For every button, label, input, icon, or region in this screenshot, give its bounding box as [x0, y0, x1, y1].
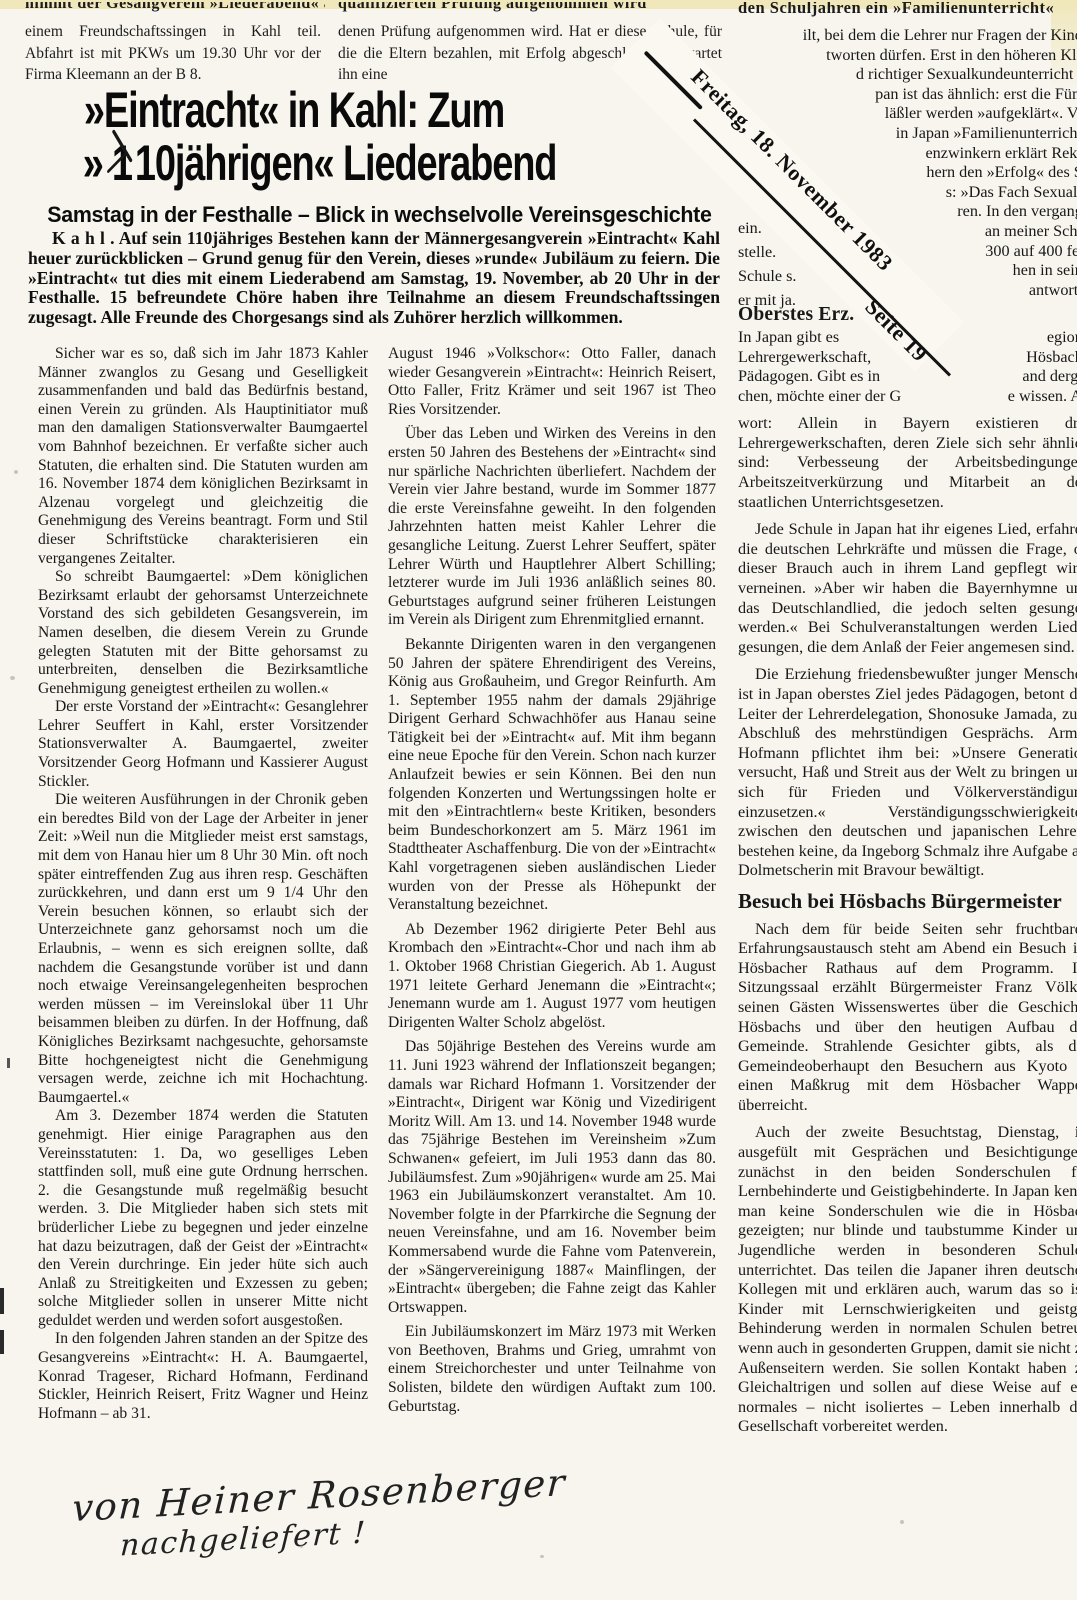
- paragraph: Ein Jubiläumskonzert im März 1973 mit We…: [388, 1323, 716, 1416]
- ink-speck: [300, 1545, 303, 1548]
- line-left-fragment: Pädagogen. Gibt es in: [738, 367, 880, 387]
- headline-line-2: »110jährigen« Liederabend: [83, 137, 506, 190]
- paragraph: In den folgenden Jahren standen an der S…: [38, 1330, 368, 1423]
- line-left-fragment: chen, möchte einer der G: [738, 387, 901, 407]
- paragraph: Die Erziehung friedensbewußter junger Me…: [738, 665, 1077, 881]
- section-subhead-besuch: Besuch bei Hösbachs Bürgermeister: [738, 892, 1077, 912]
- clipped-line-text: nimmt der Gesangverein »Liederabend« an: [25, 2, 325, 13]
- paragraph: August 1946 »Volkschor«: Otto Faller, da…: [388, 345, 716, 419]
- paragraph: Jede Schule in Japan hat ihr eigenes Lie…: [738, 520, 1077, 657]
- article-column-2: August 1946 »Volkschor«: Otto Faller, da…: [388, 345, 716, 1416]
- newspaper-scan-page: nimmt der Gesangverein »Liederabend« an …: [0, 0, 1077, 1600]
- text-fragment: Schule s.: [738, 264, 796, 288]
- paragraph: wort: Allein in Bayern existieren drei L…: [738, 414, 1077, 512]
- paragraph: Sicher war es so, daß sich im Jahr 1873 …: [38, 345, 368, 568]
- clipped-line-text: qualifizierten Prüfung aufgenommen wird: [338, 2, 720, 13]
- clipped-line-text: den Schuljahren ein »Familienunterricht«: [738, 2, 1077, 17]
- paragraph: Ab Dezember 1962 dirigierte Peter Behl a…: [388, 921, 716, 1033]
- clipped-line-right: den Schuljahren ein »Familienunterricht«: [738, 2, 1077, 17]
- paragraph: Auch der zweite Besuchtstag, Dienstag, i…: [738, 1123, 1077, 1437]
- line-right-fragment: e wissen. An: [1008, 387, 1077, 407]
- headline-line-2-text: 10jährigen« Liederabend: [135, 135, 556, 191]
- line-left-fragment: In Japan gibt es: [738, 328, 839, 348]
- obscured-line: d richtiger Sexualkundeunterricht er: [738, 65, 1077, 85]
- ink-speck: [14, 470, 18, 474]
- clipped-line-middle: qualifizierten Prüfung aufgenommen wird: [338, 2, 720, 15]
- ink-speck: [10, 676, 15, 680]
- split-line: chen, möchte einer der Ge wissen. An: [738, 387, 1077, 407]
- margin-mark: [7, 1058, 10, 1068]
- ink-speck: [900, 1520, 904, 1524]
- subheadline: Samstag in der Festhalle – Blick in wech…: [47, 202, 703, 228]
- text-fragment: er mit ja.: [738, 288, 796, 312]
- margin-mark: [0, 1288, 4, 1314]
- paragraph: Der erste Vorstand der »Eintracht«: Gesa…: [38, 698, 368, 791]
- article-snippet-left: einem Freundschaftssingen in Kahl teil. …: [25, 21, 321, 86]
- line-right-fragment: and dergle: [1022, 367, 1077, 387]
- lead-paragraph: K a h l . Auf sein 110jähriges Bestehen …: [28, 229, 720, 328]
- line-right-fragment: egiona: [1047, 328, 1077, 348]
- margin-mark: [0, 1330, 4, 1354]
- paragraph: Über das Leben und Wirken des Vereins in…: [388, 425, 716, 630]
- paragraph: Bekannte Dirigenten waren in den vergang…: [388, 636, 716, 915]
- split-line: Pädagogen. Gibt es inand dergle: [738, 367, 1077, 387]
- line-left-fragment: Lehrergewerkschaft,: [738, 348, 871, 368]
- headline-quote-mark: »: [83, 135, 103, 191]
- paragraph: Die weiteren Ausführungen in der Chronik…: [38, 791, 368, 1107]
- ink-speck: [540, 1555, 544, 1558]
- obscured-line: in Japan »Familienunterricht«: [738, 124, 1077, 144]
- line-right-fragment: Hösbache: [1026, 348, 1077, 368]
- paragraph: So schreibt Baumgaertel: »Dem königliche…: [38, 568, 368, 698]
- headline-line-1: »Eintracht« in Kahl: Zum: [83, 84, 506, 137]
- paragraph: Das 50jährige Bestehen des Vereins wurde…: [388, 1038, 716, 1317]
- obscured-line: tworten dürfen. Erst in den höheren Klas: [738, 46, 1077, 66]
- paragraph: Am 3. Dezember 1874 werden die Statuten …: [38, 1107, 368, 1330]
- article-column-1: Sicher war es so, daß sich im Jahr 1873 …: [38, 345, 368, 1423]
- obscured-line: läßler werden »aufgeklärt«. Vor: [738, 104, 1077, 124]
- clipped-line-left: nimmt der Gesangverein »Liederabend« an: [25, 2, 325, 15]
- obscured-line: ilt, bei dem die Lehrer nur Fragen der K…: [738, 26, 1077, 46]
- paragraph: Nach dem für beide Seiten sehr fruchtbar…: [738, 920, 1077, 1116]
- main-headline: »Eintracht« in Kahl: Zum »110jährigen« L…: [83, 84, 506, 190]
- pen-scribble-mark: 1: [112, 137, 132, 190]
- obscured-line: pan ist das ähnlich: erst die Fünft: [738, 85, 1077, 105]
